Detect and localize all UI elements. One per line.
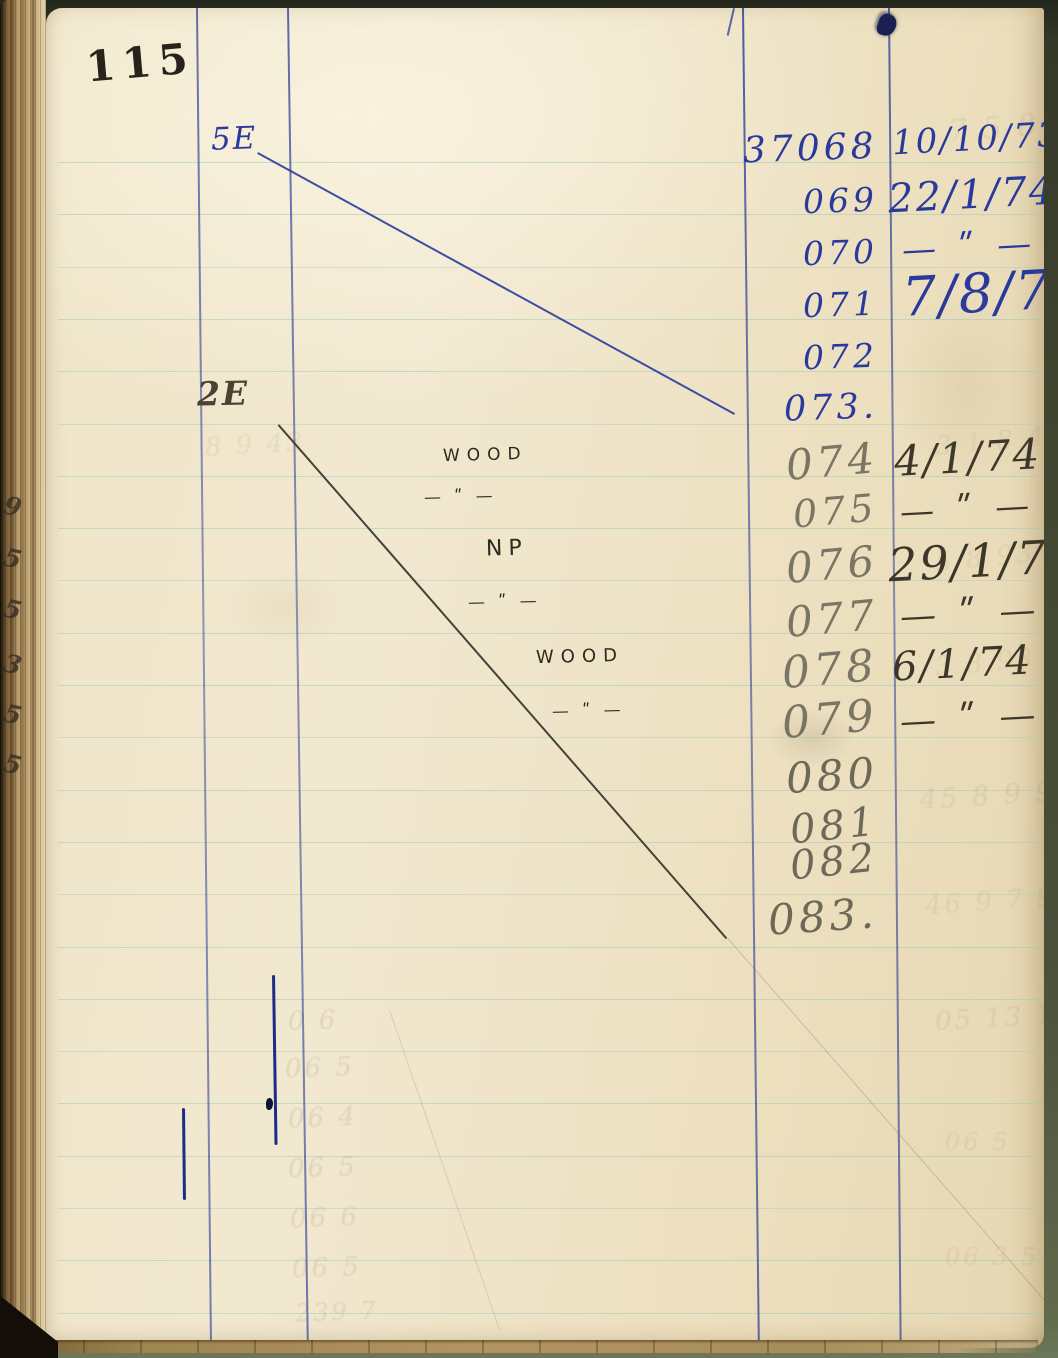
bleed-through-ghost: 06 4 xyxy=(288,1104,359,1132)
serial-number: 079 xyxy=(780,694,879,746)
group-label-5e: 5E xyxy=(210,123,257,156)
serial-number: 072 xyxy=(802,339,878,375)
serial-number: 076 xyxy=(784,540,879,590)
serial-number: 075 xyxy=(792,488,880,533)
bleed-through-ghost: 06 5 xyxy=(292,1254,363,1282)
serial-row: 076 xyxy=(740,544,878,586)
serial-row: 075 xyxy=(740,492,878,530)
bleed-through-ghost: 06 5 xyxy=(288,1154,359,1182)
serial-row: 070 xyxy=(740,236,878,269)
serial-row: 080 xyxy=(740,755,878,797)
ruled-line xyxy=(58,528,1044,529)
column-line-2 xyxy=(287,8,309,1348)
ledger-page: 115 5E 2E 37068069070071072073.074075076… xyxy=(46,8,1044,1348)
retraced-line-segment-1 xyxy=(182,1108,186,1200)
bleed-through-ghost: 239 7 xyxy=(295,1299,380,1326)
serial-row: 071 xyxy=(740,288,878,321)
book-bottom-edge xyxy=(26,1340,1038,1353)
entry-date: — ʺ — xyxy=(899,697,1042,740)
ruled-line xyxy=(58,1156,1044,1157)
bottom-edge-specks xyxy=(26,1340,1038,1353)
bleed-through-ghost: 06 5 xyxy=(945,1130,1010,1154)
bleed-through-ghost: 06 3 5 xyxy=(945,1245,1039,1269)
entry-date: — ʺ — xyxy=(899,592,1042,635)
serial-number: 071 xyxy=(802,287,878,323)
ruled-line xyxy=(58,1051,1044,1052)
connector-line-5e xyxy=(257,152,735,415)
serial-number: 080 xyxy=(784,752,879,800)
material-annotation: WOOD xyxy=(536,647,624,667)
serial-number: 077 xyxy=(784,594,879,644)
column-line-1 xyxy=(196,8,212,1348)
ruled-line xyxy=(58,371,1044,372)
material-annotation: NP xyxy=(486,537,528,560)
serial-row: 072 xyxy=(740,340,878,373)
page-number: 115 xyxy=(84,37,196,88)
page-edge-texture xyxy=(0,0,46,1358)
serial-row: 074 xyxy=(740,441,878,483)
serial-row: 083. xyxy=(740,896,878,938)
material-annotation: WOOD xyxy=(443,446,528,465)
serial-number: 083. xyxy=(767,892,879,942)
serial-row: 079 xyxy=(740,698,878,742)
ruled-line xyxy=(58,267,1044,268)
book-page-edges: 955355 xyxy=(0,0,46,1358)
ruled-line xyxy=(58,1208,1044,1209)
serial-row: 082 xyxy=(740,842,878,882)
serial-row: 078 xyxy=(740,648,878,692)
bleed-through-ghost: 8 9 43 xyxy=(204,429,306,460)
bleed-through-ghost: 06 6 xyxy=(290,1204,361,1232)
ruled-line xyxy=(58,1103,1044,1104)
ruled-line xyxy=(58,1313,1044,1314)
serial-number: 074 xyxy=(784,437,879,487)
ink-blot xyxy=(875,12,899,38)
serial-number: 37068 xyxy=(743,129,879,170)
serial-number: 070 xyxy=(802,235,878,271)
bleed-through-ghost: 06 5 xyxy=(285,1054,356,1082)
serial-row: 37068 xyxy=(740,131,878,167)
serial-row: 077 xyxy=(740,598,878,640)
paper-crease-2 xyxy=(389,1010,500,1330)
ruled-line xyxy=(58,319,1044,320)
group-label-2e: 2E xyxy=(197,377,250,411)
ditto-mark: — ʺ — xyxy=(468,593,541,612)
serial-number: 073. xyxy=(783,389,878,427)
bleed-through-ghost: 46 9 7 93 xyxy=(924,883,1044,919)
bleed-through-ghost: 05 13 17 xyxy=(934,1001,1044,1034)
ruled-line xyxy=(58,633,1044,634)
connector-line-2e xyxy=(277,424,727,939)
ruled-line xyxy=(58,1260,1044,1261)
serial-row: 073. xyxy=(740,391,878,426)
serial-row: 069 xyxy=(740,184,878,217)
entry-date: — ʺ — xyxy=(899,488,1036,529)
entry-date: 22/1/74 xyxy=(887,171,1044,220)
bleed-through-ghost: 45 8 9 93 xyxy=(919,777,1044,815)
serial-number: 069 xyxy=(802,183,878,219)
ditto-mark: — ʺ — xyxy=(552,702,625,721)
ditto-mark: — ʺ — xyxy=(424,488,497,507)
bleed-through-ghost: 0 6 xyxy=(288,1007,339,1035)
line-top-hook xyxy=(727,8,735,36)
ink-blob xyxy=(266,1098,273,1110)
entry-date: 7/8/74 xyxy=(901,261,1044,325)
retraced-line-segment-2 xyxy=(272,975,278,1145)
serial-number: 082 xyxy=(788,837,880,886)
serial-number: 078 xyxy=(780,644,879,696)
bleed-through-ghost: 7 5 8 59 xyxy=(947,107,1044,147)
ruled-line xyxy=(58,424,1044,425)
scanned-ledger-photo: 955355 115 5E 2E 37068069070071072073.07… xyxy=(0,0,1058,1358)
